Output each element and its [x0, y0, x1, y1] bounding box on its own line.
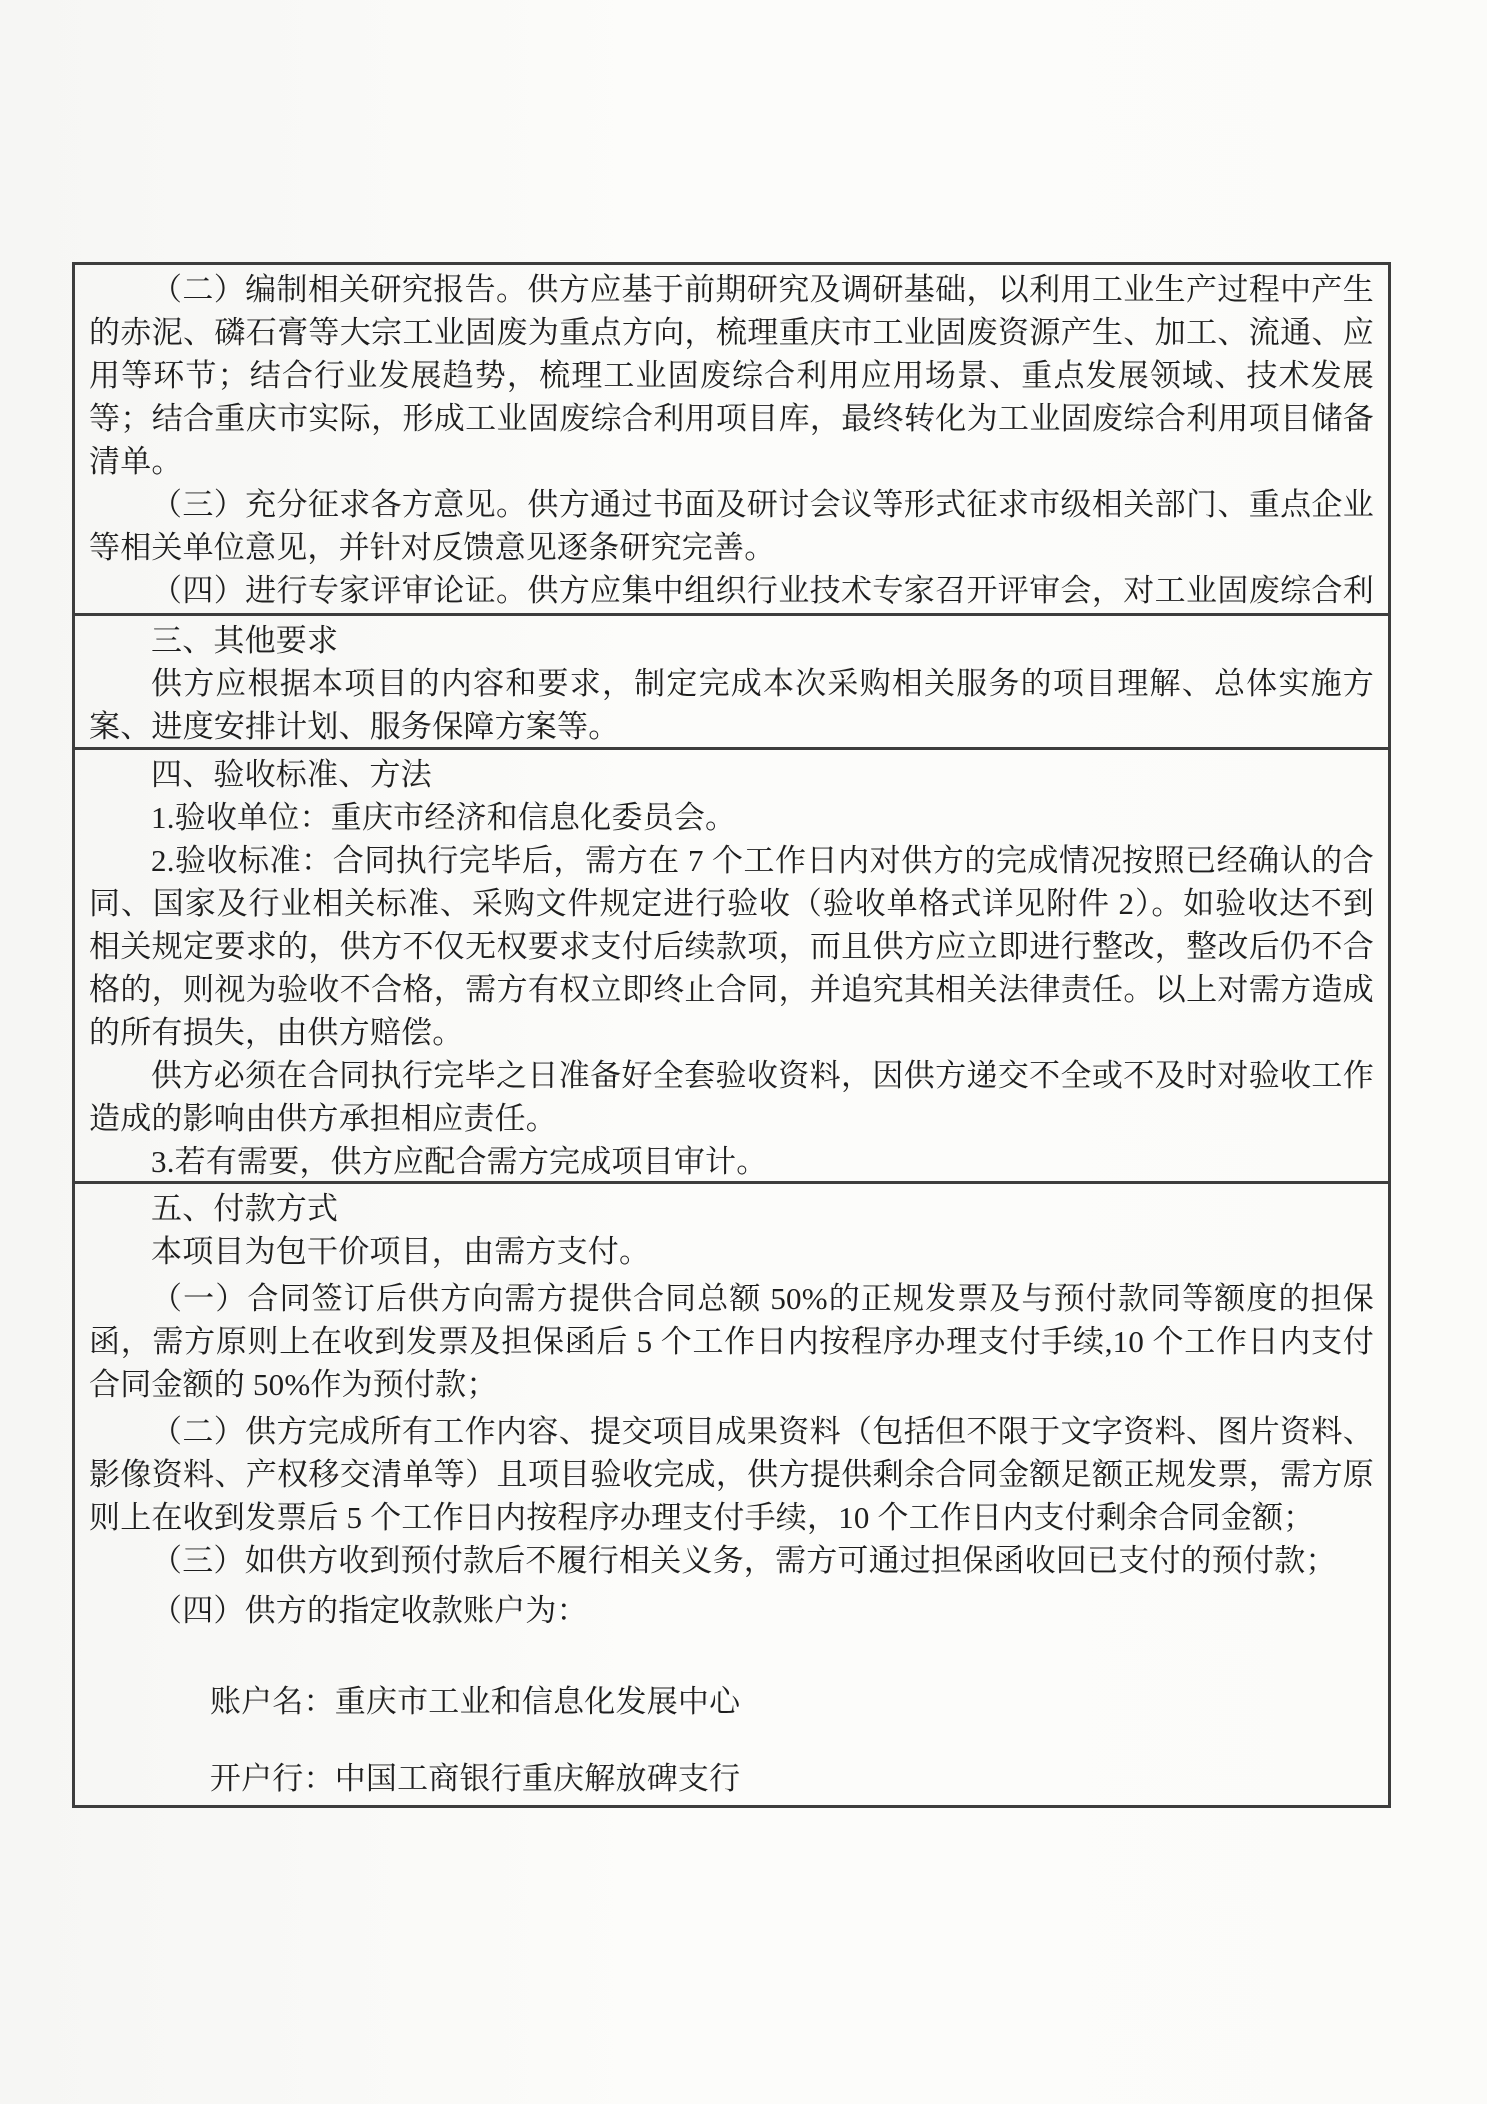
- para-acceptance-unit: 1.验收单位：重庆市经济和信息化委员会。: [89, 796, 1374, 839]
- para-expert-review: （四）进行专家评审论证。供方应集中组织行业技术专家召开评审会，对工业固废综合利用…: [89, 569, 1374, 616]
- para-acceptance-materials: 供方必须在合同执行完毕之日准备好全套验收资料，因供方递交不全或不及时对验收工作造…: [89, 1054, 1374, 1140]
- heading-other-requirements: 三、其他要求: [89, 619, 1374, 662]
- para-payment-term-2: （二）供方完成所有工作内容、提交项目成果资料（包括但不限于文字资料、图片资料、影…: [89, 1410, 1374, 1539]
- heading-payment-method: 五、付款方式: [89, 1187, 1374, 1230]
- para-bank-branch: 开户行：中国工商银行重庆解放碑支行: [89, 1757, 1374, 1800]
- para-project-audit: 3.若有需要，供方应配合需方完成项目审计。: [89, 1140, 1374, 1183]
- para-compile-research-reports: （二）编制相关研究报告。供方应基于前期研究及调研基础，以利用工业生产过程中产生的…: [89, 268, 1374, 483]
- table-row-acceptance: 四、验收标准、方法 1.验收单位：重庆市经济和信息化委员会。 2.验收标准：合同…: [75, 750, 1388, 1184]
- para-lump-sum-project: 本项目为包干价项目，由需方支付。: [89, 1230, 1374, 1273]
- para-other-requirements-body: 供方应根据本项目的内容和要求，制定完成本次采购相关服务的项目理解、总体实施方案、…: [89, 662, 1374, 748]
- scanned-document-page: （二）编制相关研究报告。供方应基于前期研究及调研基础，以利用工业生产过程中产生的…: [0, 0, 1487, 2104]
- document-table: （二）编制相关研究报告。供方应基于前期研究及调研基础，以利用工业生产过程中产生的…: [72, 262, 1391, 1808]
- para-solicit-opinions: （三）充分征求各方意见。供方通过书面及研讨会议等形式征求市级相关部门、重点企业等…: [89, 483, 1374, 569]
- para-acceptance-standard: 2.验收标准：合同执行完毕后，需方在 7 个工作日内对供方的完成情况按照已经确认…: [89, 839, 1374, 1054]
- para-payment-term-1: （一）合同签订后供方向需方提供合同总额 50%的正规发票及与预付款同等额度的担保…: [89, 1277, 1374, 1406]
- table-row-payment: 五、付款方式 本项目为包干价项目，由需方支付。 （一）合同签订后供方向需方提供合…: [75, 1184, 1388, 1808]
- table-row-other-requirements: 三、其他要求 供方应根据本项目的内容和要求，制定完成本次采购相关服务的项目理解、…: [75, 616, 1388, 750]
- para-account-name: 账户名：重庆市工业和信息化发展中心: [89, 1680, 1374, 1723]
- para-payment-term-4-account-intro: （四）供方的指定收款账户为：: [89, 1589, 1374, 1632]
- table-row-scope-of-work: （二）编制相关研究报告。供方应基于前期研究及调研基础，以利用工业生产过程中产生的…: [75, 265, 1388, 616]
- para-payment-term-3: （三）如供方收到预付款后不履行相关义务，需方可通过担保函收回已支付的预付款；: [89, 1539, 1374, 1582]
- heading-acceptance-criteria: 四、验收标准、方法: [89, 753, 1374, 796]
